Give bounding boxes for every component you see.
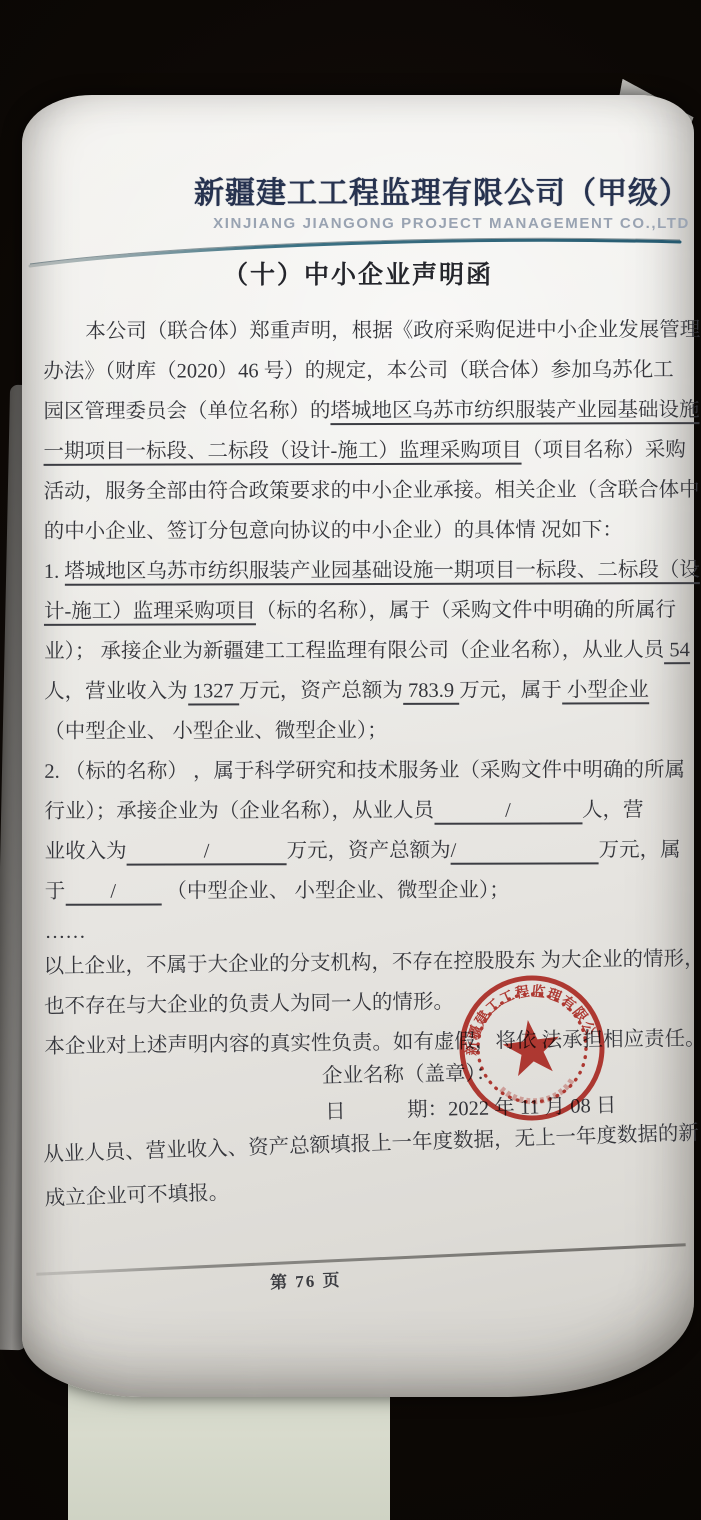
text-segment: （中型企业、 小型企业、微型企业）； [44, 720, 387, 743]
text-line: 园区管理委员会（单位名称）的塔城地区乌苏市纺织服装产业园基础设施 [43, 390, 679, 432]
text-line: 活动，服务全部由符合政策要求的中小企业承接。相关企业（含联合体中 [44, 470, 680, 512]
text-segment: 万元，属 [599, 839, 681, 861]
page-number: 第 76 页 [270, 1266, 342, 1294]
text-segment: 万元，资产总额为 [287, 840, 451, 862]
company-seal-stamp: 新疆建工工程监理有限公司 [442, 958, 623, 1139]
text-line: 业收入为/万元，资产总额为/万元，属 [45, 830, 681, 872]
underlined-text: 1327 [188, 680, 239, 705]
text-segment: 1. [44, 561, 65, 583]
text-line: 业）； 承接企业为新疆建工工程监理有限公司（企业名称），从业人员 54 [44, 630, 680, 672]
text-segment: 本公司（联合体）郑重声明，根据《政府采购促进中小企业发展管理 [85, 319, 700, 343]
underlined-text: 一期项目一标段、二标段（设计-施工）监理采购项目 [44, 440, 522, 466]
declaration-body: 本公司（联合体）郑重声明，根据《政府采购促进中小企业发展管理办法》（财库（202… [43, 310, 681, 952]
text-segment: 行业）；承接企业为（企业名称），从业人员 [44, 800, 434, 823]
text-segment: （项目名称）采购 [522, 439, 686, 461]
text-line: （中型企业、 小型企业、微型企业）； [44, 710, 680, 752]
footer-rule-line [36, 1243, 685, 1275]
text-line: 1. 塔城地区乌苏市纺织服装产业园基础设施一期项目一标段、二标段（设 [44, 550, 680, 592]
text-line: 本公司（联合体）郑重声明，根据《政府采购促进中小企业发展管理 [43, 310, 679, 352]
blank-field: / [434, 798, 582, 824]
text-segment: 办法》（财库（2020）46 号）的规定，本公司（联合体）参加乌苏化工 [43, 359, 673, 383]
document-page: 新疆建工工程监理有限公司（甲级） XINJIANG JIANGONG PROJE… [22, 95, 694, 1397]
text-segment: （标的名称），属于（采购文件中明确的所属行 [256, 599, 676, 622]
text-segment: 2. （标的名称） ，属于科学研究和技术服务业（采购文件中明确的所属 [44, 759, 685, 783]
text-line: 于/ （中型企业、 小型企业、微型企业）； [45, 870, 681, 912]
text-segment: 的中小企业、签订分包意向协议的中小企业）的具体情 况如下： [44, 519, 623, 543]
text-line: 2. （标的名称） ，属于科学研究和技术服务业（采购文件中明确的所属 [44, 750, 680, 792]
text-segment: …… [45, 921, 86, 943]
text-line: 人，营业收入为 1327 万元，资产总额为 783.9 万元，属于 小型企业 [44, 670, 680, 712]
letterhead-company-name-english: XINJIANG JIANGONG PROJECT MANAGEMENT CO.… [213, 215, 690, 232]
photo-background: 新疆建工工程监理有限公司（甲级） XINJIANG JIANGONG PROJE… [0, 0, 701, 1520]
blank-field: / [65, 880, 161, 906]
footnote-text: 从业人员、营业收入、资产总额填报上一年度数据，无上一年度数据的新成立企业可不填报… [43, 1112, 682, 1221]
underlined-text: 塔城地区乌苏市纺织服装产业园基础设施 [330, 399, 699, 425]
text-segment: 也不存在与大企业的负责人为同一人的情形。 [44, 991, 454, 1018]
underlined-text: 54 [664, 639, 690, 664]
text-segment: 于 [45, 881, 66, 903]
text-segment: 园区管理委员会（单位名称）的 [43, 400, 330, 423]
text-segment: 人，营业收入为 [44, 680, 188, 702]
text-segment: 万元，资产总额为 [239, 680, 403, 702]
star-icon [500, 1016, 564, 1078]
document-title: （十）中小企业声明函 [22, 255, 694, 291]
text-segment: 业）； 承接企业为新疆建工工程监理有限公司（企业名称），从业人员 [44, 639, 664, 663]
text-line: 行业）；承接企业为（企业名称），从业人员/人，营 [44, 790, 680, 832]
underlined-text: 783.9 [403, 680, 459, 705]
text-segment: 人，营 [582, 799, 644, 821]
text-line: 计-施工）监理采购项目（标的名称），属于（采购文件中明确的所属行 [44, 590, 680, 632]
blank-field: / [451, 838, 599, 864]
text-segment: （中型企业、 小型企业、微型企业）； [161, 880, 510, 903]
letterhead-company-name: 新疆建工工程监理有限公司（甲级） [194, 168, 690, 212]
text-line: 的中小企业、签订分包意向协议的中小企业）的具体情 况如下： [44, 510, 680, 552]
text-line: 办法》（财库（2020）46 号）的规定，本公司（联合体）参加乌苏化工 [43, 350, 679, 392]
text-segment: 业收入为 [45, 841, 127, 863]
underlined-text: 小型企业 [562, 679, 649, 704]
text-line: 一期项目一标段、二标段（设计-施工）监理采购项目（项目名称）采购 [43, 430, 679, 472]
text-segment: 活动，服务全部由符合政策要求的中小企业承接。相关企业（含联合体中 [44, 479, 700, 503]
blank-field: / [127, 839, 287, 865]
underlined-text: 塔城地区乌苏市纺织服装产业园基础设施一期项目一标段、二标段（设 [64, 559, 700, 586]
underlined-text: 计-施工）监理采购项目 [44, 600, 256, 626]
text-segment: 万元，属于 [459, 679, 562, 701]
